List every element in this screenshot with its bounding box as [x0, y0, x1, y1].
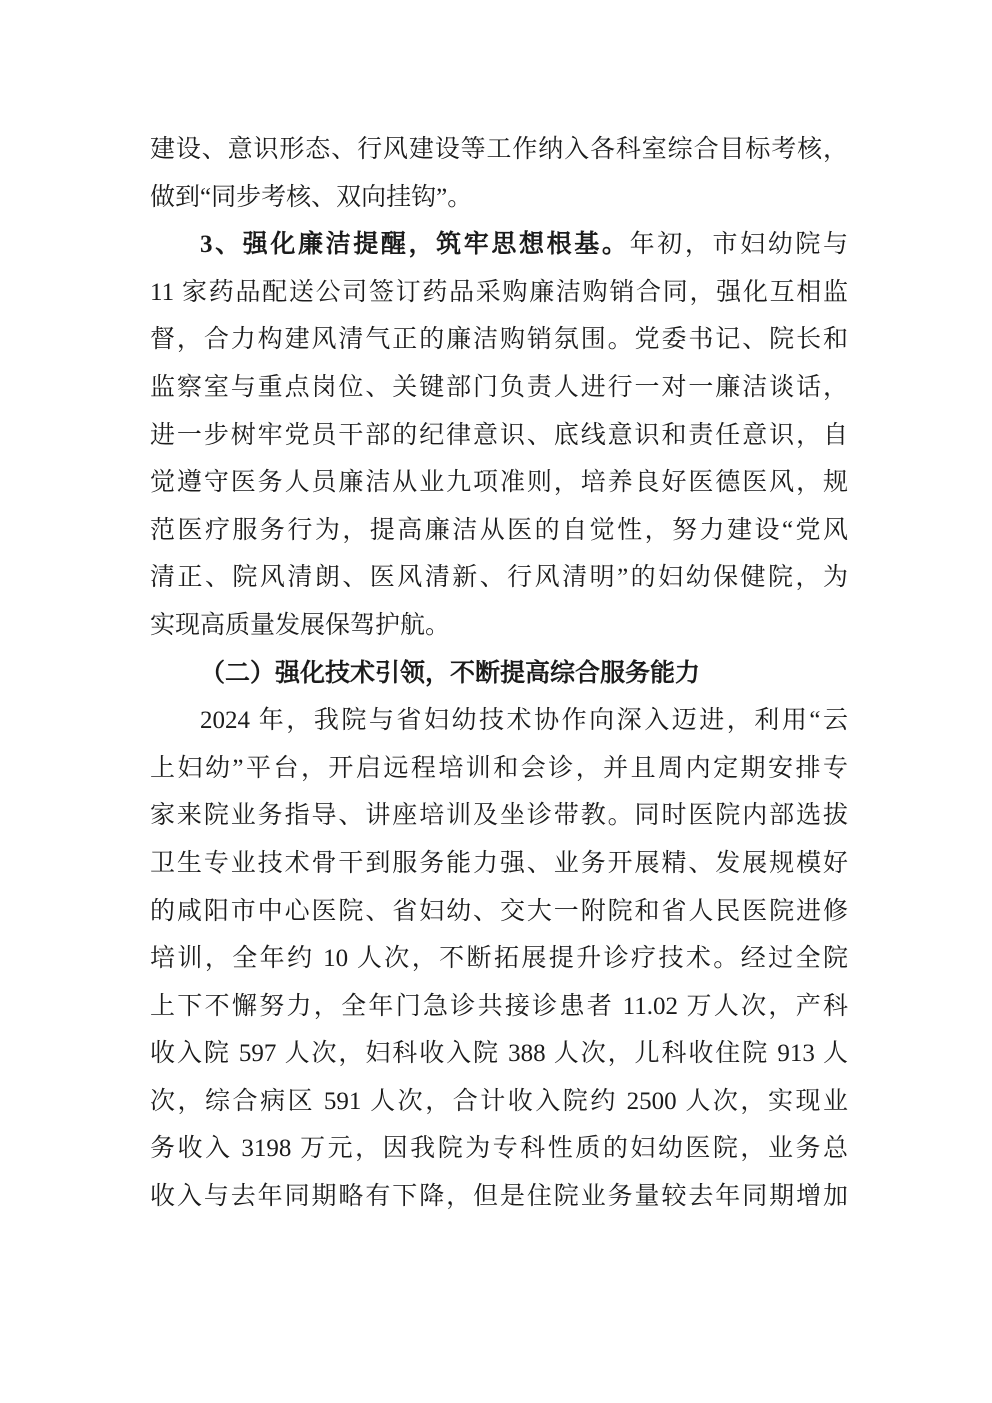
- text-run: 上下不懈努力，全年门急诊共接诊患者 11.02 万人次，产科: [150, 993, 848, 1020]
- numbered-point-line: 3、强化廉洁提醒，筑牢思想根基。年初，市妇幼院与: [150, 221, 848, 269]
- paragraph-last-line: 做到“同步考核、双向挂钩”。: [150, 174, 848, 222]
- text-line: 的咸阳市中心医院、省妇幼、交大一附院和省人民医院进修: [150, 888, 848, 936]
- text-line: 建设、意识形态、行风建设等工作纳入各科室综合目标考核，: [150, 126, 848, 174]
- text-run: 觉遵守医务人员廉洁从业九项准则，培养良好医德医风，规: [150, 469, 848, 496]
- text-run: 收入院 597 人次，妇科收入院 388 人次，儿科收住院 913 人: [150, 1040, 848, 1067]
- text-line: 监察室与重点岗位、关键部门负责人进行一对一廉洁谈话，: [150, 364, 848, 412]
- bold-text-run: 3、强化廉洁提醒，筑牢思想根基。: [200, 231, 630, 258]
- section-heading-line: （二）强化技术引领，不断提高综合服务能力: [150, 650, 848, 698]
- text-run: 11 家药品配送公司签订药品采购廉洁购销合同，强化互相监: [150, 279, 848, 306]
- text-line: 卫生专业技术骨干到服务能力强、业务开展精、发展规模好: [150, 840, 848, 888]
- text-line: 上妇幼”平台，开启远程培训和会诊，并且周内定期安排专: [150, 745, 848, 793]
- text-run: 次，综合病区 591 人次，合计收入院约 2500 人次，实现业: [150, 1088, 848, 1115]
- text-run: 上妇幼”平台，开启远程培训和会诊，并且周内定期安排专: [150, 755, 848, 782]
- text-run: 范医疗服务行为，提高廉洁从医的自觉性，努力建设“党风: [150, 517, 848, 544]
- text-line: 清正、院风清朗、医风清新、行风清明”的妇幼保健院，为: [150, 554, 848, 602]
- text-run: 年初，市妇幼院与: [630, 231, 848, 258]
- text-run: 建设、意识形态、行风建设等工作纳入各科室综合目标考核，: [150, 136, 848, 163]
- text-run: 家来院业务指导、讲座培训及坐诊带教。同时医院内部选拔: [150, 802, 848, 829]
- text-run: 培训，全年约 10 人次，不断拓展提升诊疗技术。经过全院: [150, 945, 848, 972]
- text-run: 务收入 3198 万元，因我院为专科性质的妇幼医院，业务总: [150, 1135, 848, 1162]
- text-run: 实现高质量发展保驾护航。: [150, 612, 450, 639]
- text-line: 收入院 597 人次，妇科收入院 388 人次，儿科收住院 913 人: [150, 1030, 848, 1078]
- text-run: 监察室与重点岗位、关键部门负责人进行一对一廉洁谈话，: [150, 374, 848, 401]
- text-run: 2024 年，我院与省妇幼技术协作向深入迈进，利用“云: [200, 707, 848, 734]
- text-run: 清正、院风清朗、医风清新、行风清明”的妇幼保健院，为: [150, 564, 848, 591]
- text-line: 上下不懈努力，全年门急诊共接诊患者 11.02 万人次，产科: [150, 983, 848, 1031]
- text-line: 督，合力构建风清气正的廉洁购销氛围。党委书记、院长和: [150, 316, 848, 364]
- text-run: 的咸阳市中心医院、省妇幼、交大一附院和省人民医院进修: [150, 898, 848, 925]
- text-line: 收入与去年同期略有下降，但是住院业务量较去年同期增加: [150, 1173, 848, 1221]
- text-line: 觉遵守医务人员廉洁从业九项准则，培养良好医德医风，规: [150, 459, 848, 507]
- text-line: 家来院业务指导、讲座培训及坐诊带教。同时医院内部选拔: [150, 792, 848, 840]
- text-run: 督，合力构建风清气正的廉洁购销氛围。党委书记、院长和: [150, 326, 848, 353]
- text-line: 培训，全年约 10 人次，不断拓展提升诊疗技术。经过全院: [150, 935, 848, 983]
- text-line: 范医疗服务行为，提高廉洁从医的自觉性，努力建设“党风: [150, 507, 848, 555]
- text-run: 做到“同步考核、双向挂钩”。: [150, 184, 472, 211]
- paragraph-last-line: 实现高质量发展保驾护航。: [150, 602, 848, 650]
- text-block: 建设、意识形态、行风建设等工作纳入各科室综合目标考核，做到“同步考核、双向挂钩”…: [150, 126, 848, 1221]
- text-run: 收入与去年同期略有下降，但是住院业务量较去年同期增加: [150, 1183, 848, 1210]
- document-page: 建设、意识形态、行风建设等工作纳入各科室综合目标考核，做到“同步考核、双向挂钩”…: [0, 0, 992, 1403]
- text-run: 卫生专业技术骨干到服务能力强、业务开展精、发展规模好: [150, 850, 848, 877]
- text-line: 2024 年，我院与省妇幼技术协作向深入迈进，利用“云: [150, 697, 848, 745]
- text-line: 11 家药品配送公司签订药品采购廉洁购销合同，强化互相监: [150, 269, 848, 317]
- text-line: 务收入 3198 万元，因我院为专科性质的妇幼医院，业务总: [150, 1125, 848, 1173]
- bold-text-run: （二）强化技术引领，不断提高综合服务能力: [200, 660, 700, 687]
- text-line: 次，综合病区 591 人次，合计收入院约 2500 人次，实现业: [150, 1078, 848, 1126]
- text-line: 进一步树牢党员干部的纪律意识、底线意识和责任意识，自: [150, 412, 848, 460]
- text-run: 进一步树牢党员干部的纪律意识、底线意识和责任意识，自: [150, 422, 848, 449]
